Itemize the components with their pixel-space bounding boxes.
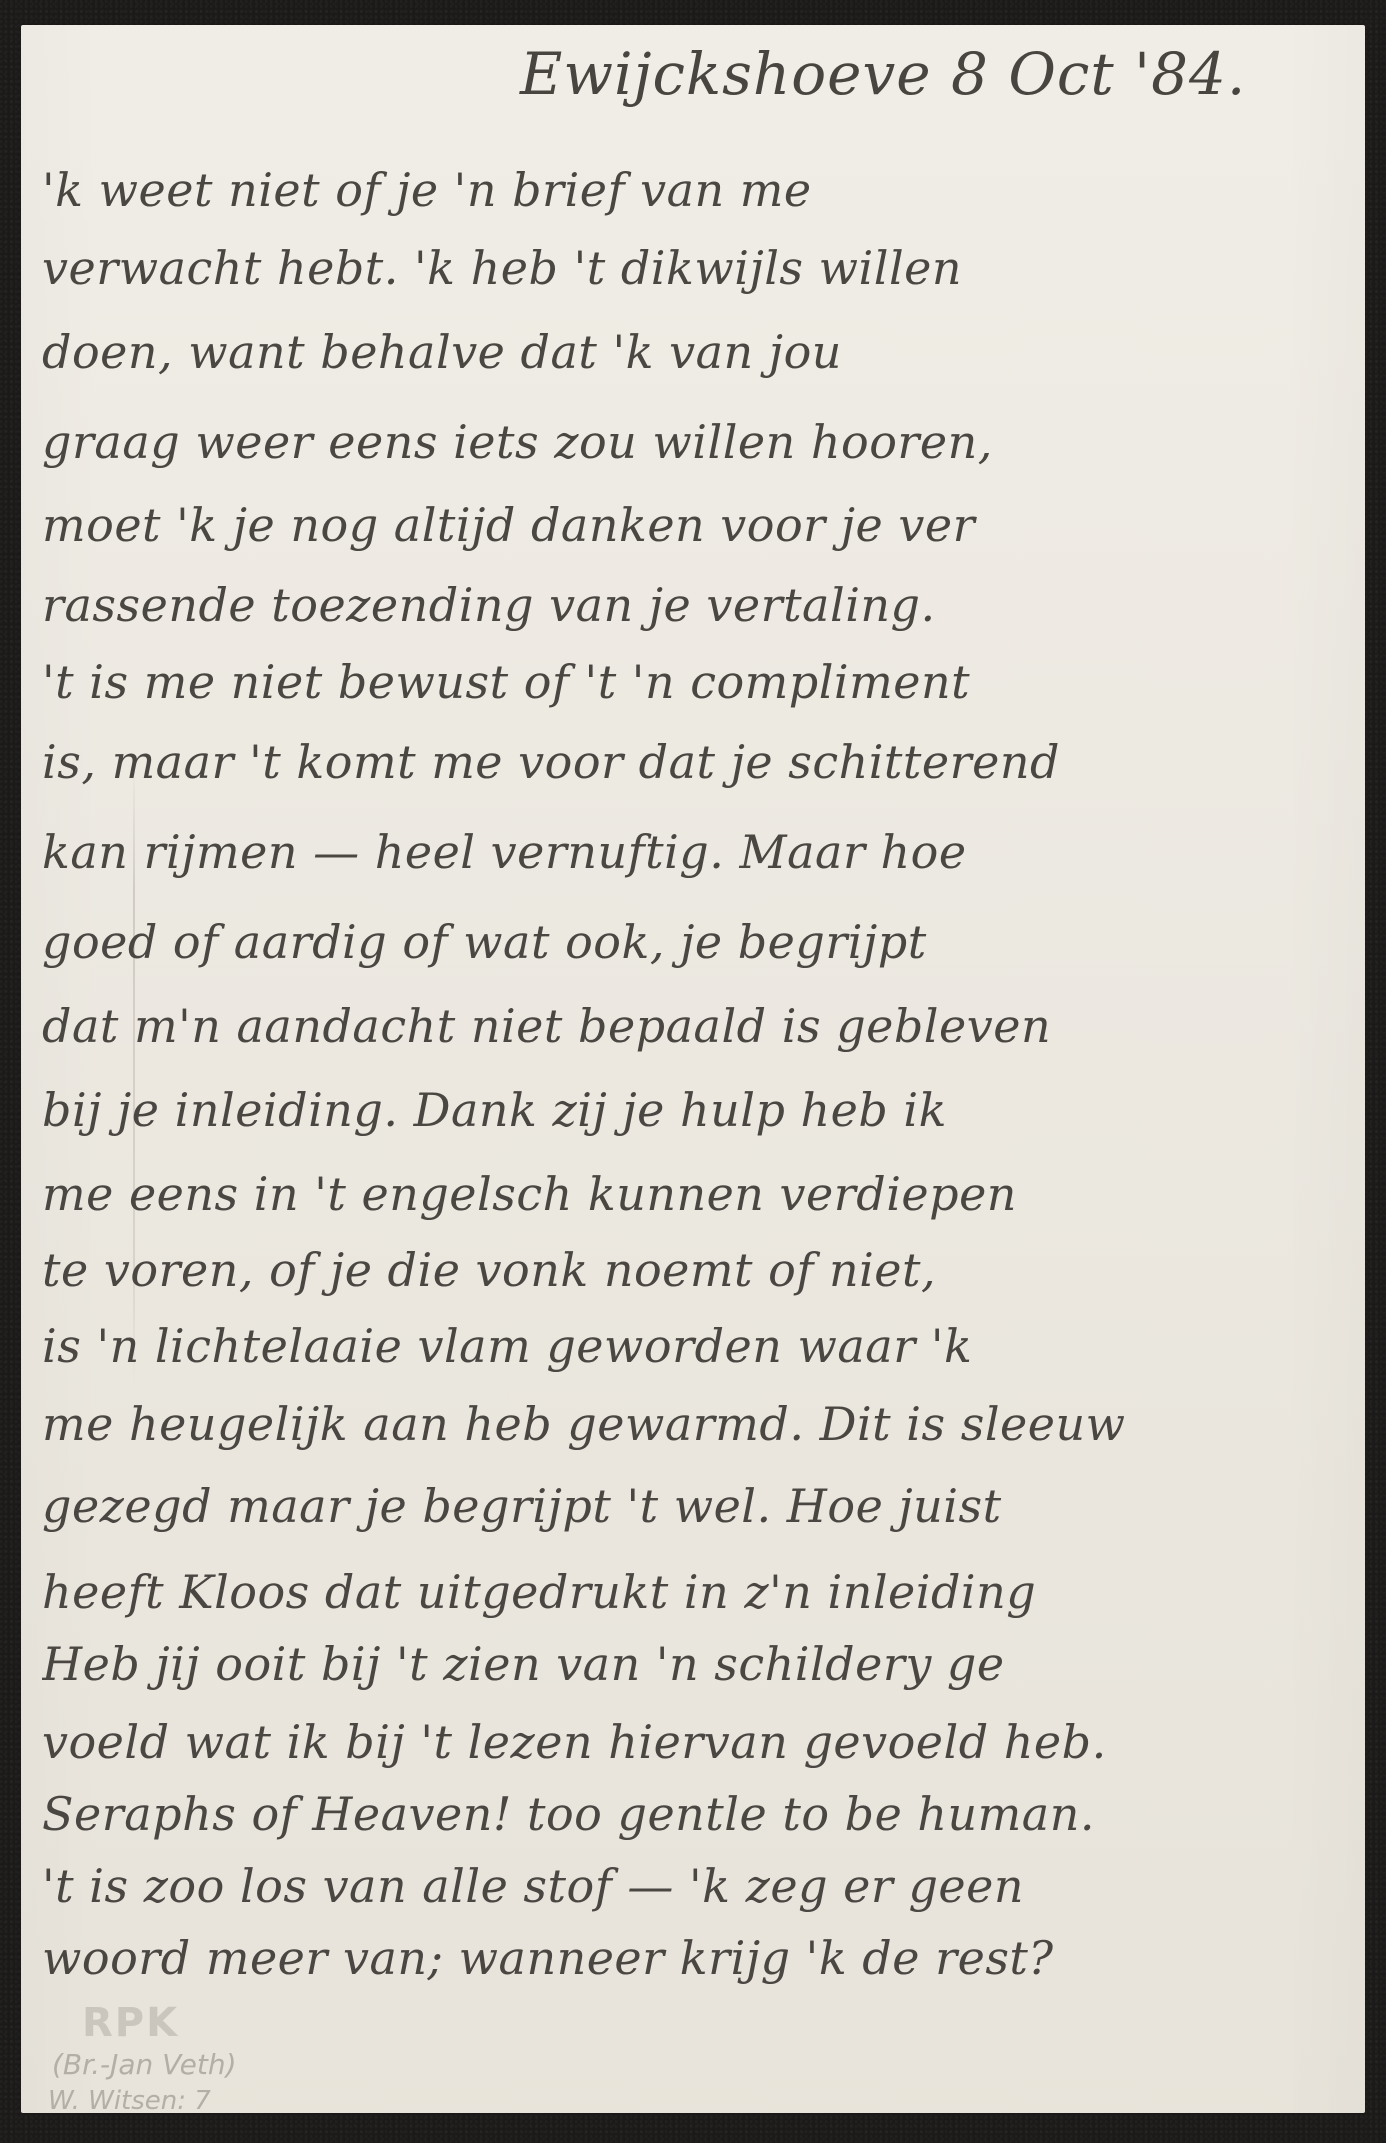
letter-line: 't is me niet bewust of 't 'n compliment [42, 652, 1342, 712]
letter-line: rassende toezending van je vertaling. [42, 575, 1342, 635]
letter-line: heeft Kloos dat uitgedrukt in z'n inleid… [42, 1562, 1342, 1622]
letter-line: bij je inleiding. Dank zij je hulp heb i… [42, 1080, 1342, 1140]
letter-line: dat m'n aandacht niet bepaald is gebleve… [42, 996, 1342, 1056]
archive-pencil-note-sender: (Br.-Jan Veth) [52, 2048, 237, 2081]
letter-line: kan rijmen — heel vernuftig. Maar hoe [42, 822, 1342, 882]
letter-line: woord meer van; wanneer krijg 'k de rest… [42, 1928, 1342, 1988]
letter-line: graag weer eens iets zou willen hooren, [42, 412, 1342, 472]
letter-line: gezegd maar je begrijpt 't wel. Hoe juis… [42, 1476, 1342, 1536]
letter-line: moet 'k je nog altijd danken voor je ver [42, 495, 1342, 555]
letter-line: is, maar 't komt me voor dat je schitter… [42, 732, 1342, 792]
letter-line: 't is zoo los van alle stof — 'k zeg er … [42, 1856, 1342, 1916]
letter-line: 'k weet niet of je 'n brief van me [42, 160, 1342, 220]
archive-pencil-note-reference: W. Witsen: 7 [48, 2086, 211, 2116]
letter-line: goed of aardig of wat ook, je begrijpt [42, 912, 1342, 972]
letter-line: voeld wat ik bij 't lezen hiervan gevoel… [42, 1712, 1342, 1772]
letter-line: me heugelijk aan heb gewarmd. Dit is sle… [42, 1394, 1342, 1454]
letter-heading-date: Ewijckshoeve 8 Oct '84. [520, 40, 1246, 108]
letter-line: doen, want behalve dat 'k van jou [42, 322, 1342, 382]
letter-line: me eens in 't engelsch kunnen verdiepen [42, 1164, 1342, 1224]
letter-line: te voren, of je die vonk noemt of niet, [42, 1240, 1342, 1300]
letter-line: verwacht hebt. 'k heb 't dikwijls willen [42, 238, 1342, 298]
letter-line: is 'n lichtelaaie vlam geworden waar 'k [42, 1316, 1342, 1376]
letter-line: Heb jij ooit bij 't zien van 'n schilder… [42, 1634, 1342, 1694]
letter-line: Seraphs of Heaven! too gentle to be huma… [42, 1784, 1342, 1844]
archive-stamp: RPK [82, 2000, 179, 2046]
